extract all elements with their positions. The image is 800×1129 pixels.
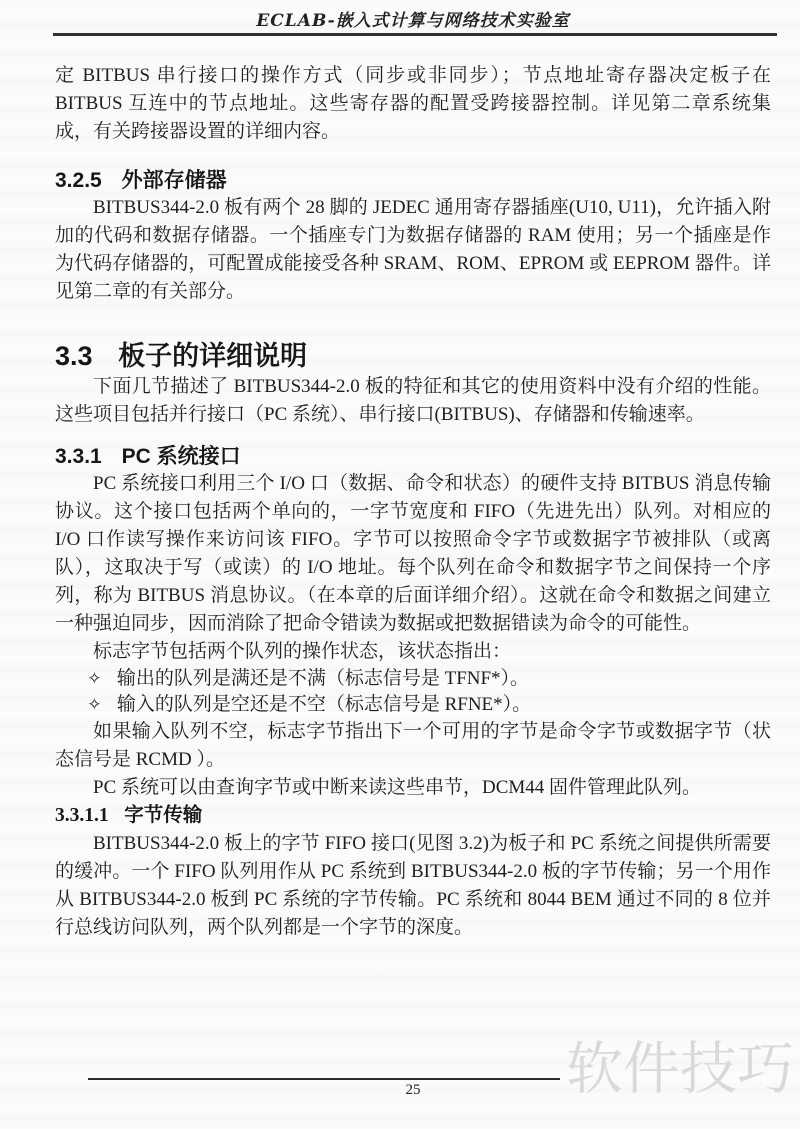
paragraph-pc-interface: PC 系统接口利用三个 I/O 口（数据、命令和状态）的硬件支持 BITBUS … [55,470,771,638]
bullet-text: 输入的队列是空还是不空（标志信号是 RFNE*）。 [117,694,531,715]
watermark-text: 软件技巧 [566,1038,794,1101]
section-heading-3-3-1: 3.3.1PC 系统接口 [55,444,771,470]
header-lab-title: ECLAB-嵌入式计算与网络技术实验室 [55,6,771,31]
document-page: ECLAB-嵌入式计算与网络技术实验室 定 BITBUS 串行接口的操作方式（同… [0,0,800,1129]
paragraph-flag-byte: 标志字节包括两个队列的操作状态，该状态指出： [55,638,771,666]
diamond-bullet-icon: ✧ [87,695,101,714]
footer-rule [88,1078,560,1080]
bullet-item-output-queue: ✧输出的队列是满还是不满（标志信号是 TFNF*）。 [55,666,771,692]
section-title: 字节传输 [124,805,202,826]
header-rule [53,33,777,36]
section-number: 3.3.1.1 [55,805,109,826]
page-content: 定 BITBUS 串行接口的操作方式（同步或非同步）；节点地址寄存器决定板子在 … [55,62,771,942]
bullet-text: 输出的队列是满还是不满（标志信号是 TFNF*）。 [117,668,529,689]
paragraph-external-memory: BITBUS344-2.0 板有两个 28 脚的 JEDEC 通用寄存器插座(U… [55,194,771,306]
section-number: 3.3.1 [55,445,102,468]
section-heading-3-2-5: 3.2.5外部存储器 [55,168,771,194]
section-title: 外部存储器 [122,169,227,192]
paragraph-pc-poll-interrupt: PC 系统可以由查询字节或中断来读这些串节，DCM44 固件管理此队列。 [55,774,771,802]
paragraph-intro-continuation: 定 BITBUS 串行接口的操作方式（同步或非同步）；节点地址寄存器决定板子在 … [55,62,771,146]
paragraph-byte-transfer: BITBUS344-2.0 板上的字节 FIFO 接口(见图 3.2)为板子和 … [55,830,771,942]
diamond-bullet-icon: ✧ [87,669,101,688]
section-heading-3-3-1-1: 3.3.1.1字节传输 [55,802,771,830]
bullet-item-input-queue: ✧输入的队列是空还是不空（标志信号是 RFNE*）。 [55,692,771,718]
section-number: 3.2.5 [55,169,102,192]
paragraph-board-detail-intro: 下面几节描述了 BITBUS344-2.0 板的特征和其它的使用资料中没有介绍的… [55,373,771,429]
section-number: 3.3 [55,341,93,371]
paragraph-input-queue-not-empty: 如果输入队列不空，标志字节指出下一个可用的字节是命令字节或数据字节（状态信号是 … [55,718,771,774]
section-heading-3-3: 3.3板子的详细说明 [55,340,771,373]
section-title: 板子的详细说明 [118,341,307,371]
section-title: PC 系统接口 [122,445,241,468]
